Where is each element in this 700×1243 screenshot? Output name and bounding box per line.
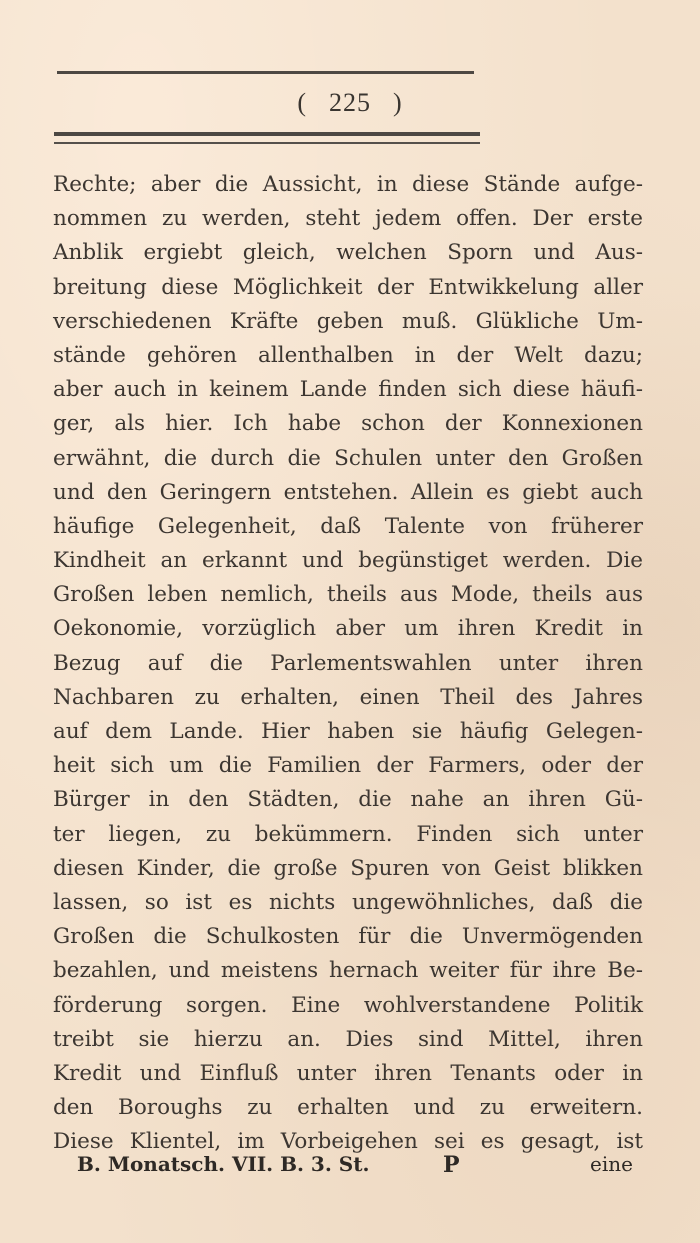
text-line: lassen, so ist es nichts ungewöhnliches,…: [53, 886, 643, 920]
text-line: Nachbaren zu erhalten, einen Theil des J…: [53, 681, 643, 715]
page-footer: B. Monatsch. VII. B. 3. St. P eine: [53, 1152, 643, 1188]
text-line: verschiedenen Kräfte geben muß. Glüklich…: [53, 305, 643, 339]
text-line: bezahlen, und meistens hernach weiter fü…: [53, 954, 643, 988]
text-line: und den Geringern entstehen. Allein es g…: [53, 476, 643, 510]
text-line: förderung sorgen. Eine wohlverstandene P…: [53, 989, 643, 1023]
page-header: (225): [0, 88, 700, 118]
text-line: Bezug auf die Parlementswahlen unter ihr…: [53, 647, 643, 681]
header-double-rule-thin: [54, 142, 480, 144]
close-paren: ): [393, 88, 403, 118]
text-line: den Boroughs zu erhalten und zu erweiter…: [53, 1091, 643, 1125]
body-text: Rechte; aber die Aussicht, in diese Stän…: [53, 168, 643, 1159]
header-double-rule-thick: [54, 132, 480, 136]
text-line: nommen zu werden, steht jedem offen. Der…: [53, 202, 643, 236]
text-line: stände gehören allenthalben in der Welt …: [53, 339, 643, 373]
text-line: erwähnt, die durch die Schulen unter den…: [53, 442, 643, 476]
text-line: Kindheit an erkannt und begünstiget werd…: [53, 544, 643, 578]
open-paren: (: [297, 88, 307, 118]
text-line: aber auch in keinem Lande finden sich di…: [53, 373, 643, 407]
text-line: Rechte; aber die Aussicht, in diese Stän…: [53, 168, 643, 202]
text-line: diesen Kinder, die große Spuren von Geis…: [53, 852, 643, 886]
text-line: ter liegen, zu bekümmern. Finden sich un…: [53, 818, 643, 852]
text-line: Oekonomie, vorzüglich aber um ihren Kred…: [53, 612, 643, 646]
signature-mark: P: [443, 1152, 460, 1178]
text-line: häufige Gelegenheit, daß Talente von frü…: [53, 510, 643, 544]
header-top-rule: [57, 71, 474, 74]
text-line: breitung diese Möglichkeit der Entwikkel…: [53, 271, 643, 305]
printer-signature: B. Monatsch. VII. B. 3. St.: [77, 1152, 369, 1176]
page-number: 225: [329, 88, 371, 118]
text-line: treibt sie hierzu an. Dies sind Mittel, …: [53, 1023, 643, 1057]
catchword: eine: [590, 1152, 633, 1176]
text-line: Großen die Schulkosten für die Unvermöge…: [53, 920, 643, 954]
text-line: Kredit und Einfluß unter ihren Tenants o…: [53, 1057, 643, 1091]
text-line: Großen leben nemlich, theils aus Mode, t…: [53, 578, 643, 612]
text-line: auf dem Lande. Hier haben sie häufig Gel…: [53, 715, 643, 749]
text-line: Bürger in den Städten, die nahe an ihren…: [53, 783, 643, 817]
text-line: heit sich um die Familien der Farmers, o…: [53, 749, 643, 783]
text-line: Anblik ergiebt gleich, welchen Sporn und…: [53, 236, 643, 270]
book-page: (225) Rechte; aber die Aussicht, in dies…: [0, 0, 700, 1243]
text-line: ger, als hier. Ich habe schon der Konnex…: [53, 407, 643, 441]
